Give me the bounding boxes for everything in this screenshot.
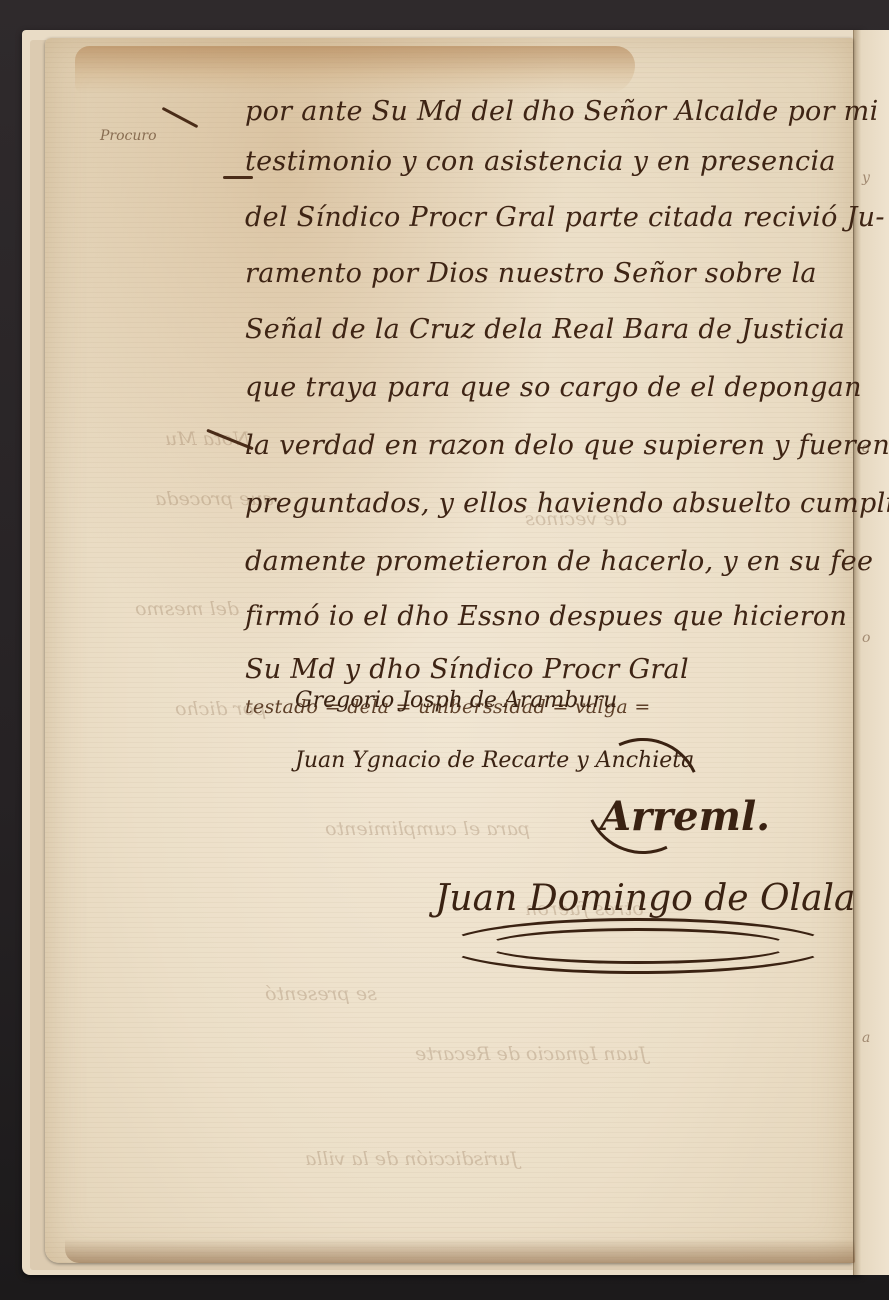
bleed-through-text: se presentó [265, 983, 377, 1005]
signature-olala: Juan Domingo de Olala [435, 878, 856, 919]
text-line: testimonio y con asistencia y en presenc… [245, 146, 836, 177]
signature-arambur: Gregorio Josph de Aramburu [295, 688, 617, 713]
adjacent-page-mark: y [862, 170, 882, 186]
text-line: Su Md y dho Síndico Procr Gral [245, 654, 689, 685]
ink-stroke [162, 107, 199, 128]
text-line: firmó io el dho Essno despues que hicier… [245, 601, 847, 632]
text-line: preguntados, y ellos haviendo absuelto c… [245, 488, 889, 519]
text-line: que traya para que so cargo de el depong… [245, 372, 862, 403]
text-line: Señal de la Cruz dela Real Bara de Justi… [245, 314, 845, 345]
adjacent-page-mark: a [862, 1030, 882, 1046]
signature-flourish [569, 722, 718, 871]
text-line: la verdad en razon delo que supieren y f… [245, 430, 889, 461]
water-stain [75, 46, 635, 94]
bleed-through-text: Jurisdicción de la villa [305, 1148, 518, 1170]
bleed-through-text: del mesmo [135, 598, 239, 620]
bleed-through-text: Juan Ignacio de Recarte [415, 1043, 647, 1065]
text-line: ramento por Dios nuestro Señor sobre la [245, 258, 817, 289]
margin-note: Procuro [100, 128, 157, 144]
signature-rubric [485, 928, 791, 964]
bleed-through-text: para el cumplimiento [325, 818, 530, 840]
text-line: del Síndico Procr Gral parte citada reci… [245, 202, 885, 233]
adjacent-page-mark: o [862, 630, 882, 646]
text-line: por ante Su Md del dho Señor Alcalde por… [245, 96, 879, 127]
edge-stain [65, 1239, 855, 1263]
text-line: damente prometieron de hacerlo, y en su … [245, 546, 873, 577]
manuscript-folio: Nota Mu que proceda de vecinos del mesmo… [45, 38, 853, 1263]
